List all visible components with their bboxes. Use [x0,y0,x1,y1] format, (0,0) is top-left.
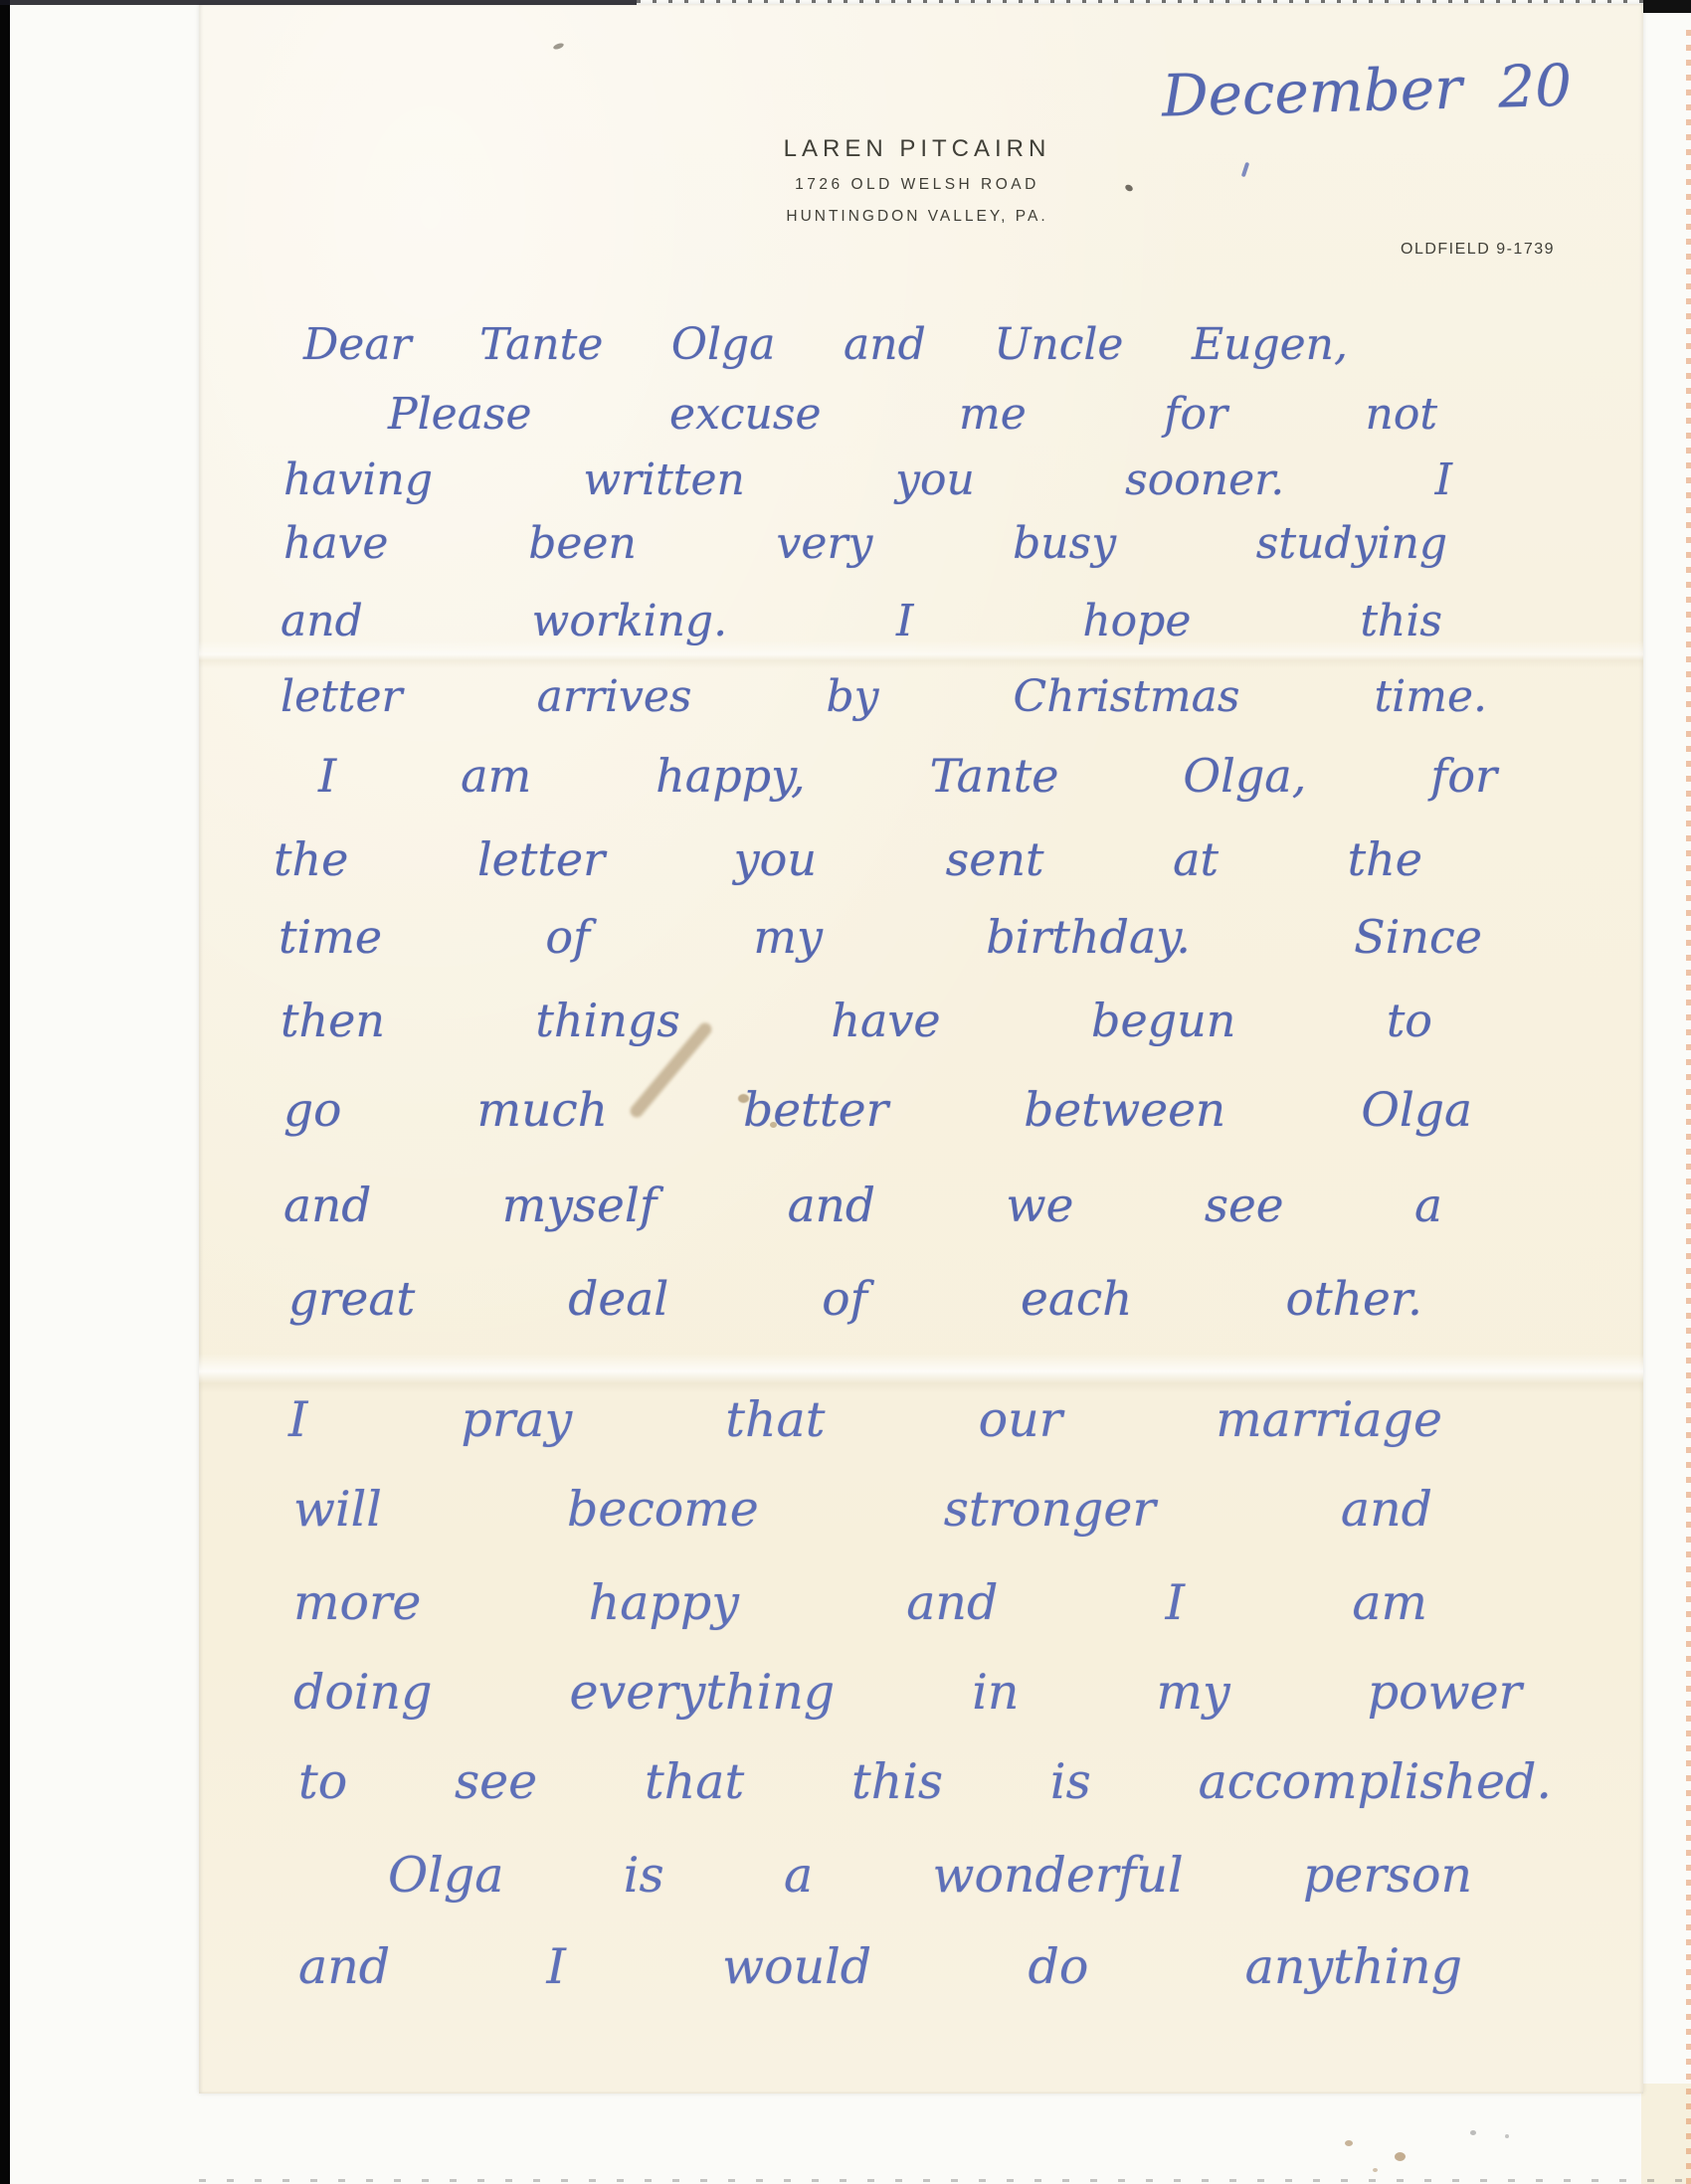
scanner-edge-top [0,0,637,5]
paper-speck [1470,2130,1476,2135]
handwritten-line: great deal of each other. [288,1273,1422,1327]
paper-speck [1395,2152,1406,2161]
scan-edge-right-dots [1686,30,1691,2184]
handwritten-line: and I would do anything [298,1939,1462,1995]
handwritten-date: December 20 [1161,54,1501,130]
handwritten-line: having written you sooner. I [283,455,1452,506]
scanned-letter-page: LAREN PITCAIRN 1726 OLD WELSH ROAD HUNTI… [0,0,1691,2184]
scanner-edge-top-dashes [637,0,1691,3]
handwritten-line: Please excuse me for not [388,390,1437,441]
handwritten-line: I pray that our marriage [288,1392,1442,1448]
handwritten-line: and myself and we see a [283,1180,1442,1233]
scan-edge-bottom [199,2179,1691,2182]
backing-sheet-corner [1641,2084,1691,2184]
letterhead-address2: HUNTINGDON VALLEY, PA. [619,208,1216,226]
handwritten-line: more happy and I am [293,1575,1427,1631]
handwritten-line: then things have begun to [281,995,1432,1047]
salutation-line: Dear Tante Olga and Uncle Eugen, [303,320,1348,371]
handwritten-line: have been very busy studying [283,519,1447,570]
paper-speck [1373,2168,1378,2172]
handwritten-line: will become stronger and [293,1482,1432,1538]
scanner-edge-left [0,0,10,2184]
handwritten-line: to see that this is accomplished. [298,1754,1552,1810]
paper-speck [1345,2140,1353,2146]
handwritten-line: go much better between Olga [283,1084,1472,1138]
handwritten-line: and working. I hope this [281,597,1442,647]
letterhead-address1: 1726 OLD WELSH ROAD [619,176,1216,194]
handwritten-line: letter arrives by Christmas time. [281,672,1487,723]
scanner-edge-corner [1643,0,1691,13]
handwritten-line: Olga is a wonderful person [388,1848,1472,1904]
letterhead-name: LAREN PITCAIRN [619,135,1216,163]
handwritten-line: time of my birthday. Since [279,911,1482,964]
letterhead-phone: OLDFIELD 9-1739 [1401,241,1555,259]
handwritten-line: I am happy, Tante Olga, for [318,750,1497,803]
paper-speck [1505,2134,1509,2138]
handwritten-line: doing everything in my power [293,1665,1522,1721]
handwritten-line: the letter you sent at the [274,833,1422,886]
